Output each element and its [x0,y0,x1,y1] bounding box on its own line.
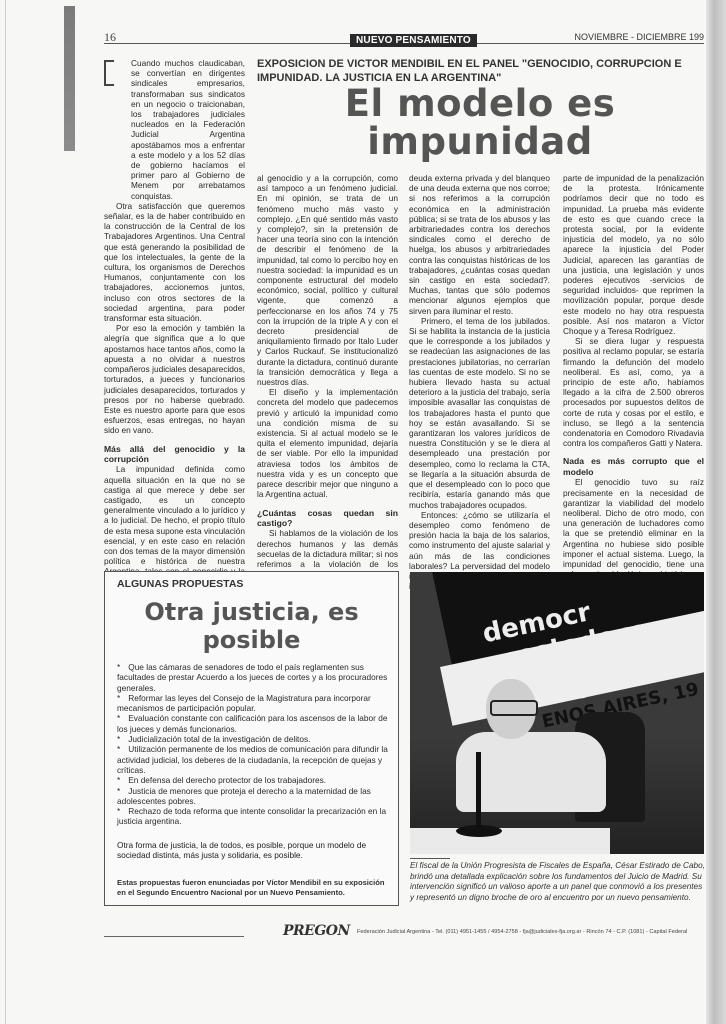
paragraph: Primero, el tema de los jubilados. Si se… [409,316,550,510]
subheading: ¿Cuántas cosas quedan sin castigo? [257,508,398,529]
list-item: *Judicialización total de la investigaci… [117,734,389,744]
paragraph: El diseño y la implementación concreta d… [257,387,398,499]
speaker-photo: democr estado y desigualdad ENOS AIRES, … [410,572,704,854]
page-header: 16 NUEVO PENSAMIENTO NOVIEMBRE - DICIEMB… [104,30,704,46]
article-column-1: Cuando muchos claudicaban, se convertían… [104,58,245,628]
box-label: ALGUNAS PROPUESTAS [117,578,243,590]
paragraph: Cuando muchos claudicaban, se convertían… [131,58,245,201]
microphone-base [456,825,502,837]
glasses-icon [490,700,538,716]
asterisk-bullet-icon: * [117,734,120,744]
asterisk-bullet-icon: * [117,806,120,816]
headline-line-1: El modelo es [320,85,640,123]
asterisk-bullet-icon: * [117,775,120,785]
proposals-sidebar-box: ALGUNAS PROPUESTAS Otra justicia, es pos… [104,571,399,906]
list-item: *Evaluación constante con calificación p… [117,713,389,734]
caption-rule [410,858,450,859]
section-tag: NUEVO PENSAMIENTO [350,34,477,47]
article-column-2: al genocidio y a la corrupción, como así… [257,173,398,610]
list-item: *Justicia de menores que proteja el dere… [117,786,389,807]
pregon-logo: PREGON [283,923,350,939]
subheading: Más allá del genocidio y la corrupción [104,444,245,465]
list-item: *Que las cámaras de senadores de todo el… [117,662,389,693]
page-edge [5,0,6,1024]
subheading: Nada es más corrupto que el modelo [563,456,704,477]
list-item: *En defensa del derecho protector de los… [117,775,389,785]
asterisk-bullet-icon: * [117,786,120,796]
asterisk-bullet-icon: * [117,713,120,723]
paragraph: deuda externa privada y del blanqueo de … [409,173,550,316]
box-closing-text: Otra forma de justicia, la de todos, es … [117,840,389,861]
asterisk-bullet-icon: * [117,662,120,672]
footer-contact: Federación Judicial Argentina - Tel. (01… [357,929,687,935]
paragraph: al genocidio y a la corrupción, como así… [257,173,398,387]
issue-date: NOVIEMBRE - DICIEMBRE 199 [574,32,704,42]
article-column-4: parte de impunidad de la penalización de… [563,173,704,600]
asterisk-bullet-icon: * [117,693,120,703]
paragraph: Otra satisfacción que queremos señalar, … [104,201,245,323]
list-item: *Utilización permanente de los medios de… [117,744,389,775]
box-title: Otra justicia, es posible [115,598,388,654]
desk [410,828,610,854]
paragraph: Si se diera lugar y respuesta positiva a… [563,336,704,448]
proposals-list: *Que las cámaras de senadores de todo el… [117,662,389,827]
scan-gray-bar [64,6,75,151]
article-kicker: EXPOSICION DE VICTOR MENDIBIL EN EL PANE… [257,57,707,85]
article-headline: El modelo es impunidad [320,85,640,161]
list-item: *Reformar las leyes del Consejo de la Ma… [117,693,389,714]
article-column-3: deuda externa privada y del blanqueo de … [409,173,550,591]
footer-rule [104,936,244,937]
asterisk-bullet-icon: * [117,744,120,754]
photo-caption: El fiscal de la Unión Progresista de Fis… [410,861,706,903]
box-credit: Estas propuestas fueron enunciadas por V… [117,878,389,898]
page-fold-shadow [706,0,726,1024]
event-banner: democr estado y desigualdad ENOS AIRES, … [410,572,704,722]
headline-line-2: impunidad [320,123,640,161]
microphone-icon [476,752,481,832]
paragraph: Por eso la emoción y también la alegría … [104,323,245,435]
paragraph: parte de impunidad de la penalización de… [563,173,704,336]
list-item: *Rechazo de toda reforma que intente con… [117,806,389,827]
